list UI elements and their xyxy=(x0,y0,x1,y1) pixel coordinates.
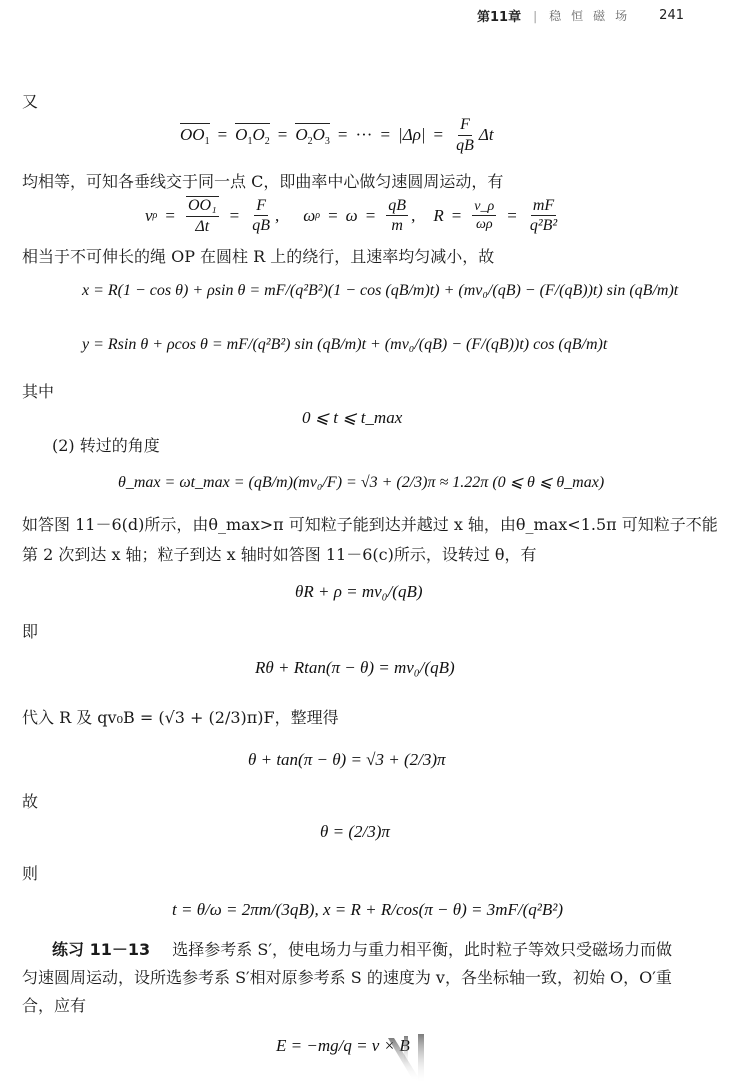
equation-time-and-x: t = θ/ω = 2πm/(3qB), x = R + R/cos(π − θ… xyxy=(172,900,563,920)
equation-theta-r: θR + ρ = mv₀/(qB) xyxy=(295,582,423,602)
paragraph-then: 则 xyxy=(22,864,38,884)
exercise-line-2: 匀速圆周运动，设所选参考系 S′相对原参考系 S 的速度为 v，各坐标轴一致，初… xyxy=(22,968,672,988)
paragraph-where: 其中 xyxy=(22,382,54,402)
equation-y-trajectory: y = Rsin θ + ρcos θ = mF/(q²B²) sin (qB/… xyxy=(82,336,607,354)
paragraph-figure-ref-2: 第 2 次到达 x 轴；粒子到达 x 轴时如答图 11－6(c)所示，设转过 θ… xyxy=(22,545,537,565)
paragraph-you: 又 xyxy=(22,92,38,112)
equation-r-theta-tan: Rθ + Rtan(π − θ) = mv₀/(qB) xyxy=(255,658,455,678)
exercise-11-13: 练习 11－13 选择参考系 S′，使电场力与重力相平衡，此时粒子等效只受磁场力… xyxy=(52,940,672,960)
exercise-line-3: 合，应有 xyxy=(22,996,86,1016)
equation-theta-tan: θ + tan(π − θ) = √3 + (2/3)π xyxy=(248,750,446,770)
exercise-line-1: 选择参考系 S′，使电场力与重力相平衡，此时粒子等效只受磁场力而做 xyxy=(172,940,672,959)
equation-theta-max: θ_max = ωt_max = (qB/m)(mv₀/F) = √3 + (2… xyxy=(118,472,604,492)
watermark-smudge-icon xyxy=(380,1030,460,1088)
equation-theta-value: θ = (2/3)π xyxy=(320,822,390,842)
equation-segments-equal: OO1 = O1O2 = O2O3 = ··· = |Δρ| = FqB Δt xyxy=(180,116,494,154)
paragraph-curvature-center: 均相等，可知各垂线交于同一点 C，即曲率中心做匀速圆周运动，有 xyxy=(22,172,503,192)
paragraph-rope-winding: 相当于不可伸长的绳 OP 在圆柱 R 上的绕行，且速率均匀减小，故 xyxy=(22,247,494,267)
paragraph-part-2: (2) 转过的角度 xyxy=(52,436,160,456)
equation-x-trajectory: x = R(1 − cos θ) + ρsin θ = mF/(q²B²)(1 … xyxy=(82,282,678,300)
paragraph-namely: 即 xyxy=(22,622,38,642)
paragraph-figure-ref-1: 如答图 11－6(d)所示，由θ_max>π 可知粒子能到达并越过 x 轴，由θ… xyxy=(22,515,718,535)
paragraph-substitute: 代入 R 及 qv₀B = (√3 + (2/3)π)F，整理得 xyxy=(22,708,339,728)
exercise-label: 练习 11－13 xyxy=(52,940,150,959)
equation-time-range: 0 ⩽ t ⩽ t_max xyxy=(302,408,402,428)
chapter-title: 稳恒磁场 xyxy=(549,7,637,24)
page-number: 241 xyxy=(659,8,684,23)
running-header: 第11章 | 稳恒磁场 241 xyxy=(477,6,684,25)
chapter-label: 第11章 xyxy=(477,6,521,25)
paragraph-therefore: 故 xyxy=(22,792,38,812)
header-separator: | xyxy=(533,9,537,23)
equation-velocity-omega-radius: vρ = OO₁Δt = FqB, ωρ = ω = qBm, R = v_ρω… xyxy=(145,196,562,235)
